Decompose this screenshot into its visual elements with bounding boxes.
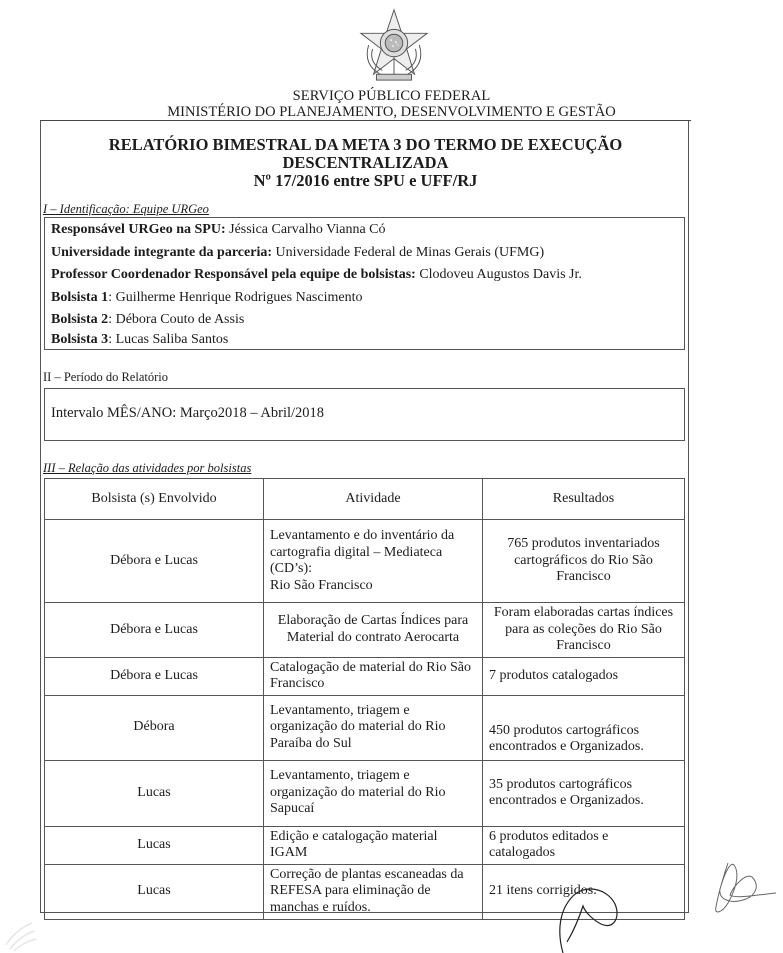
cell-bolsista: Débora e Lucas bbox=[45, 520, 264, 603]
resultado-line: para as coleções do Rio São bbox=[489, 622, 678, 639]
atividade-line: Catalogação de material do Rio São bbox=[270, 660, 476, 677]
table-row: LucasLevantamento, triagem eorganização … bbox=[45, 760, 685, 826]
atividade-line: Sapucaí bbox=[270, 801, 476, 818]
atividade-line: organização do material do Rio bbox=[270, 719, 476, 736]
cell-atividade: Correção de plantas escaneadas daREFESA … bbox=[264, 864, 483, 919]
resultado-line: Francisco bbox=[489, 638, 678, 655]
table-row: LucasEdição e catalogação materialIGAM6 … bbox=[45, 826, 685, 864]
resultado-line: Foram elaboradas cartas índices bbox=[489, 605, 678, 622]
identification-row: Universidade integrante da parceria: Uni… bbox=[51, 245, 544, 261]
identification-row: Responsável URGeo na SPU: Jéssica Carval… bbox=[51, 222, 386, 238]
atividade-line: REFESA para eliminação de bbox=[270, 883, 476, 900]
cell-bolsista: Débora e Lucas bbox=[45, 657, 264, 695]
identification-value: Jéssica Carvalho Vianna Có bbox=[226, 222, 386, 237]
identification-value: Clodoveu Augustos Davis Jr. bbox=[416, 267, 582, 282]
identification-label: Bolsista 3 bbox=[51, 332, 108, 347]
table-header-row: Bolsista (s) Envolvido Atividade Resulta… bbox=[45, 479, 685, 520]
signature-initials-icon bbox=[700, 855, 780, 917]
section-period-label: II – Período do Relatório bbox=[43, 370, 168, 385]
column-header-bolsista: Bolsista (s) Envolvido bbox=[45, 479, 264, 520]
atividade-line: (CD’s): bbox=[270, 561, 476, 578]
atividade-line: Elaboração de Cartas Índices para bbox=[270, 613, 476, 630]
atividade-line: Edição e catalogação material bbox=[270, 829, 476, 846]
resultado-line: cartográficos do Rio São bbox=[489, 553, 678, 570]
atividade-line: cartografia digital – Mediateca bbox=[270, 545, 476, 562]
cell-resultado: 35 produtos cartográficosencontrados e O… bbox=[483, 760, 685, 826]
cell-atividade: Catalogação de material do Rio SãoFranci… bbox=[264, 657, 483, 695]
cell-bolsista: Lucas bbox=[45, 864, 264, 919]
section-activities-label: III – Relação das atividades por bolsist… bbox=[43, 461, 251, 476]
atividade-line: Material do contrato Aerocarta bbox=[270, 630, 476, 647]
identification-row: Bolsista 3: Lucas Saliba Santos bbox=[51, 332, 228, 348]
resultado-line: encontrados e Organizados. bbox=[489, 793, 678, 810]
cell-atividade: Edição e catalogação materialIGAM bbox=[264, 826, 483, 864]
coat-of-arms-icon bbox=[355, 6, 433, 84]
resultado-line: 450 produtos cartográficos bbox=[489, 723, 678, 740]
resultado-line: 7 produtos catalogados bbox=[489, 668, 678, 685]
identification-value: : Guilherme Henrique Rodrigues Nasciment… bbox=[108, 290, 362, 305]
resultado-line: encontrados e Organizados. bbox=[489, 739, 678, 756]
cell-atividade: Levantamento, triagem eorganização do ma… bbox=[264, 760, 483, 826]
identification-label: Bolsista 1 bbox=[51, 290, 108, 305]
atividade-line: organização do material do Rio bbox=[270, 785, 476, 802]
cell-resultado: 765 produtos inventariadoscartográficos … bbox=[483, 520, 685, 603]
table-row: Débora e LucasLevantamento e do inventár… bbox=[45, 520, 685, 603]
table-row: Débora e LucasElaboração de Cartas Índic… bbox=[45, 603, 685, 658]
identification-row: Bolsista 2: Débora Couto de Assis bbox=[51, 312, 244, 328]
atividade-line: manchas e ruídos. bbox=[270, 900, 476, 917]
activities-table: Bolsista (s) Envolvido Atividade Resulta… bbox=[44, 478, 685, 920]
section-identification-label: I – Identificação: Equipe URGeo bbox=[43, 202, 209, 217]
atividade-line: Rio São Francisco bbox=[270, 578, 476, 595]
identification-label: Universidade integrante da parceria: bbox=[51, 245, 272, 260]
cell-resultado: 7 produtos catalogados bbox=[483, 657, 685, 695]
identification-value: Universidade Federal de Minas Gerais (UF… bbox=[272, 245, 544, 260]
signature-bottom-icon bbox=[555, 882, 625, 953]
cell-bolsista: Débora bbox=[45, 695, 264, 760]
period-interval: Intervalo MÊS/ANO: Março2018 – Abril/201… bbox=[51, 405, 324, 422]
atividade-line: Levantamento e do inventário da bbox=[270, 528, 476, 545]
identification-label: Bolsista 2 bbox=[51, 312, 108, 327]
atividade-line: Levantamento, triagem e bbox=[270, 768, 476, 785]
report-title: RELATÓRIO BIMESTRAL DA META 3 DO TERMO D… bbox=[40, 136, 691, 190]
atividade-line: Correção de plantas escaneadas da bbox=[270, 867, 476, 884]
cell-resultado: Foram elaboradas cartas índicespara as c… bbox=[483, 603, 685, 658]
resultado-line: 35 produtos cartográficos bbox=[489, 777, 678, 794]
column-header-resultados: Resultados bbox=[483, 479, 685, 520]
atividade-line: IGAM bbox=[270, 845, 476, 862]
identification-row: Professor Coordenador Responsável pela e… bbox=[51, 267, 582, 283]
resultado-line: Francisco bbox=[489, 569, 678, 586]
resultado-line: 765 produtos inventariados bbox=[489, 536, 678, 553]
cell-resultado: 450 produtos cartográficosencontrados e … bbox=[483, 695, 685, 760]
period-box: Intervalo MÊS/ANO: Março2018 – Abril/201… bbox=[44, 388, 685, 441]
cell-bolsista: Débora e Lucas bbox=[45, 603, 264, 658]
faint-stamp-icon bbox=[2, 915, 42, 953]
cell-atividade: Elaboração de Cartas Índices paraMateria… bbox=[264, 603, 483, 658]
header-line-2: MINISTÉRIO DO PLANEJAMENTO, DESENVOLVIME… bbox=[0, 104, 783, 121]
identification-label: Professor Coordenador Responsável pela e… bbox=[51, 267, 416, 282]
atividade-line: Levantamento, triagem e bbox=[270, 703, 476, 720]
header-line-1: SERVIÇO PÚBLICO FEDERAL bbox=[0, 88, 783, 105]
identification-box: Responsável URGeo na SPU: Jéssica Carval… bbox=[44, 217, 685, 350]
title-line-1: RELATÓRIO BIMESTRAL DA META 3 DO TERMO D… bbox=[40, 136, 691, 154]
title-line-3: Nº 17/2016 entre SPU e UFF/RJ bbox=[40, 172, 691, 190]
atividade-line: Francisco bbox=[270, 676, 476, 693]
resultado-line: catalogados bbox=[489, 845, 678, 862]
cell-atividade: Levantamento e do inventário dacartograf… bbox=[264, 520, 483, 603]
cell-atividade: Levantamento, triagem eorganização do ma… bbox=[264, 695, 483, 760]
title-line-2: DESCENTRALIZADA bbox=[40, 154, 691, 172]
cell-bolsista: Lucas bbox=[45, 760, 264, 826]
identification-value: : Débora Couto de Assis bbox=[108, 312, 244, 327]
atividade-line: Paraíba do Sul bbox=[270, 736, 476, 753]
cell-bolsista: Lucas bbox=[45, 826, 264, 864]
table-row: DéboraLevantamento, triagem eorganização… bbox=[45, 695, 685, 760]
identification-label: Responsável URGeo na SPU: bbox=[51, 222, 226, 237]
identification-value: : Lucas Saliba Santos bbox=[108, 332, 228, 347]
resultado-line: 6 produtos editados e bbox=[489, 829, 678, 846]
column-header-atividade: Atividade bbox=[264, 479, 483, 520]
cell-resultado: 6 produtos editados ecatalogados bbox=[483, 826, 685, 864]
table-row: Débora e LucasCatalogação de material do… bbox=[45, 657, 685, 695]
identification-row: Bolsista 1: Guilherme Henrique Rodrigues… bbox=[51, 290, 362, 306]
